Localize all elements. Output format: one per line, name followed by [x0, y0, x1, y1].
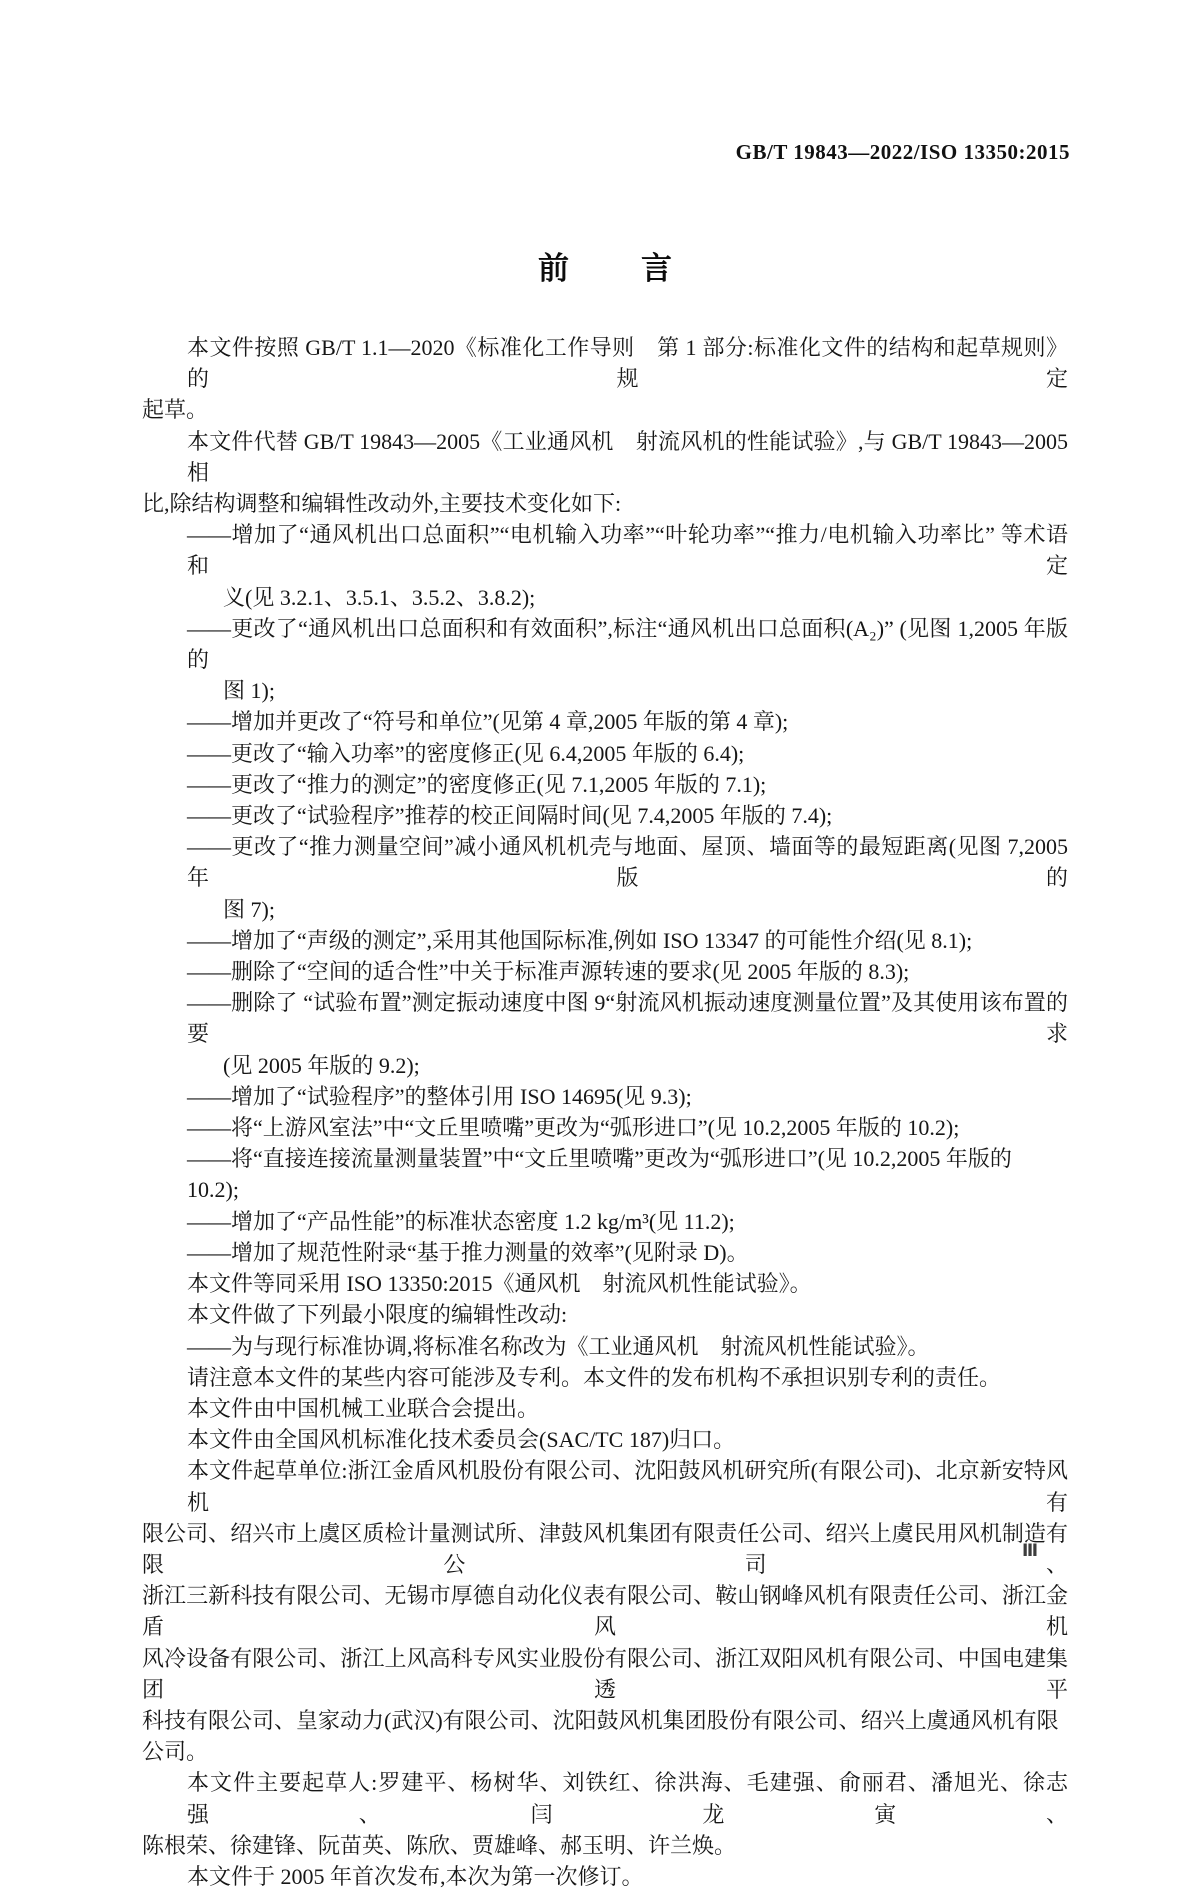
text-line: ——更改了“输入功率”的密度修正(见 6.4,2005 年版的 6.4);	[142, 738, 1068, 769]
text-line: 本文件由全国风机标准化技术委员会(SAC/TC 187)归口。	[142, 1424, 1068, 1455]
text-line: 比,除结构调整和编辑性改动外,主要技术变化如下:	[142, 488, 1068, 519]
document-page: { "header": { "standard_number": "GB/T 1…	[0, 0, 1191, 1684]
text-line: 本文件按照 GB/T 1.1—2020《标准化工作导则 第 1 部分:标准化文件…	[142, 332, 1068, 394]
text-line: ——删除了“空间的适合性”中关于标准声源转速的要求(见 2005 年版的 8.3…	[142, 956, 1068, 987]
text-line: ——为与现行标准协调,将标准名称改为《工业通风机 射流风机性能试验》。	[142, 1331, 1068, 1362]
text-line: ——增加了规范性附录“基于推力测量的效率”(见附录 D)。	[142, 1237, 1068, 1268]
text-line: ——增加了“声级的测定”,采用其他国际标准,例如 ISO 13347 的可能性介…	[142, 925, 1068, 956]
text-line: 本文件起草单位:浙江金盾风机股份有限公司、沈阳鼓风机研究所(有限公司)、北京新安…	[142, 1455, 1068, 1517]
text-line: 本文件于 2005 年首次发布,本次为第一次修订。	[142, 1861, 1068, 1892]
foreword-title-char-2: 言	[641, 243, 672, 288]
text-line: 科技有限公司、皇家动力(武汉)有限公司、沈阳鼓风机集团股份有限公司、绍兴上虞通风…	[142, 1705, 1068, 1767]
text-line: ——更改了“推力的测定”的密度修正(见 7.1,2005 年版的 7.1);	[142, 769, 1068, 800]
text-line: ——增加了“试验程序”的整体引用 ISO 14695(见 9.3);	[142, 1081, 1068, 1112]
text-line: ——增加了“通风机出口总面积”“电机输入功率”“叶轮功率”“推力/电机输入功率比…	[142, 519, 1068, 581]
text-line: ——增加了“产品性能”的标准状态密度 1.2 kg/m³(见 11.2);	[142, 1206, 1068, 1237]
text-line: ——删除了 “试验布置”测定振动速度中图 9“射流风机振动速度测量位置”及其使用…	[142, 987, 1068, 1049]
text-line: 本文件由中国机械工业联合会提出。	[142, 1393, 1068, 1424]
foreword-title: 前 言	[142, 243, 1068, 288]
text-line: 图 1);	[142, 675, 1068, 706]
text-line: 本文件代替 GB/T 19843—2005《工业通风机 射流风机的性能试验》,与…	[142, 426, 1068, 488]
text-line: 风冷设备有限公司、浙江上风高科专风实业股份有限公司、浙江双阳风机有限公司、中国电…	[142, 1643, 1068, 1705]
standard-number-header: GB/T 19843—2022/ISO 13350:2015	[142, 140, 1070, 165]
text-line: ——将“直接连接流量测量装置”中“文丘里喷嘴”更改为“弧形进口”(见 10.2,…	[142, 1143, 1068, 1205]
text-line: 请注意本文件的某些内容可能涉及专利。本文件的发布机构不承担识别专利的责任。	[142, 1362, 1068, 1393]
body-lines: 本文件按照 GB/T 1.1—2020《标准化工作导则 第 1 部分:标准化文件…	[142, 332, 1068, 1892]
text-line: ——增加并更改了“符号和单位”(见第 4 章,2005 年版的第 4 章);	[142, 706, 1068, 737]
text-line: 图 7);	[142, 894, 1068, 925]
text-line: 本文件做了下列最小限度的编辑性改动:	[142, 1299, 1068, 1330]
text-line: ——将“上游风室法”中“文丘里喷嘴”更改为“弧形进口”(见 10.2,2005 …	[142, 1112, 1068, 1143]
text-line: 起草。	[142, 394, 1068, 425]
text-line: 陈根荣、徐建锋、阮苗英、陈欣、贾雄峰、郝玉明、许兰焕。	[142, 1830, 1068, 1861]
page-number: Ⅲ	[1022, 1541, 1038, 1561]
text-line: ——更改了“推力测量空间”减小通风机机壳与地面、屋顶、墙面等的最短距离(见图 7…	[142, 831, 1068, 893]
text-line: 义(见 3.2.1、3.5.1、3.5.2、3.8.2);	[142, 582, 1068, 613]
text-line: 本文件等同采用 ISO 13350:2015《通风机 射流风机性能试验》。	[142, 1268, 1068, 1299]
text-line: (见 2005 年版的 9.2);	[142, 1050, 1068, 1081]
text-line: ——更改了“通风机出口总面积和有效面积”,标注“通风机出口总面积(A₂)” (见…	[142, 613, 1068, 675]
text-line: 本文件主要起草人:罗建平、杨树华、刘铁红、徐洪海、毛建强、俞丽君、潘旭光、徐志强…	[142, 1767, 1068, 1829]
text-line: 浙江三新科技有限公司、无锡市厚德自动化仪表有限公司、鞍山钢峰风机有限责任公司、浙…	[142, 1580, 1068, 1642]
text-line: ——更改了“试验程序”推荐的校正间隔时间(见 7.4,2005 年版的 7.4)…	[142, 800, 1068, 831]
text-line: 限公司、绍兴市上虞区质检计量测试所、津鼓风机集团有限责任公司、绍兴上虞民用风机制…	[142, 1518, 1068, 1580]
foreword-title-char-1: 前	[538, 243, 569, 288]
